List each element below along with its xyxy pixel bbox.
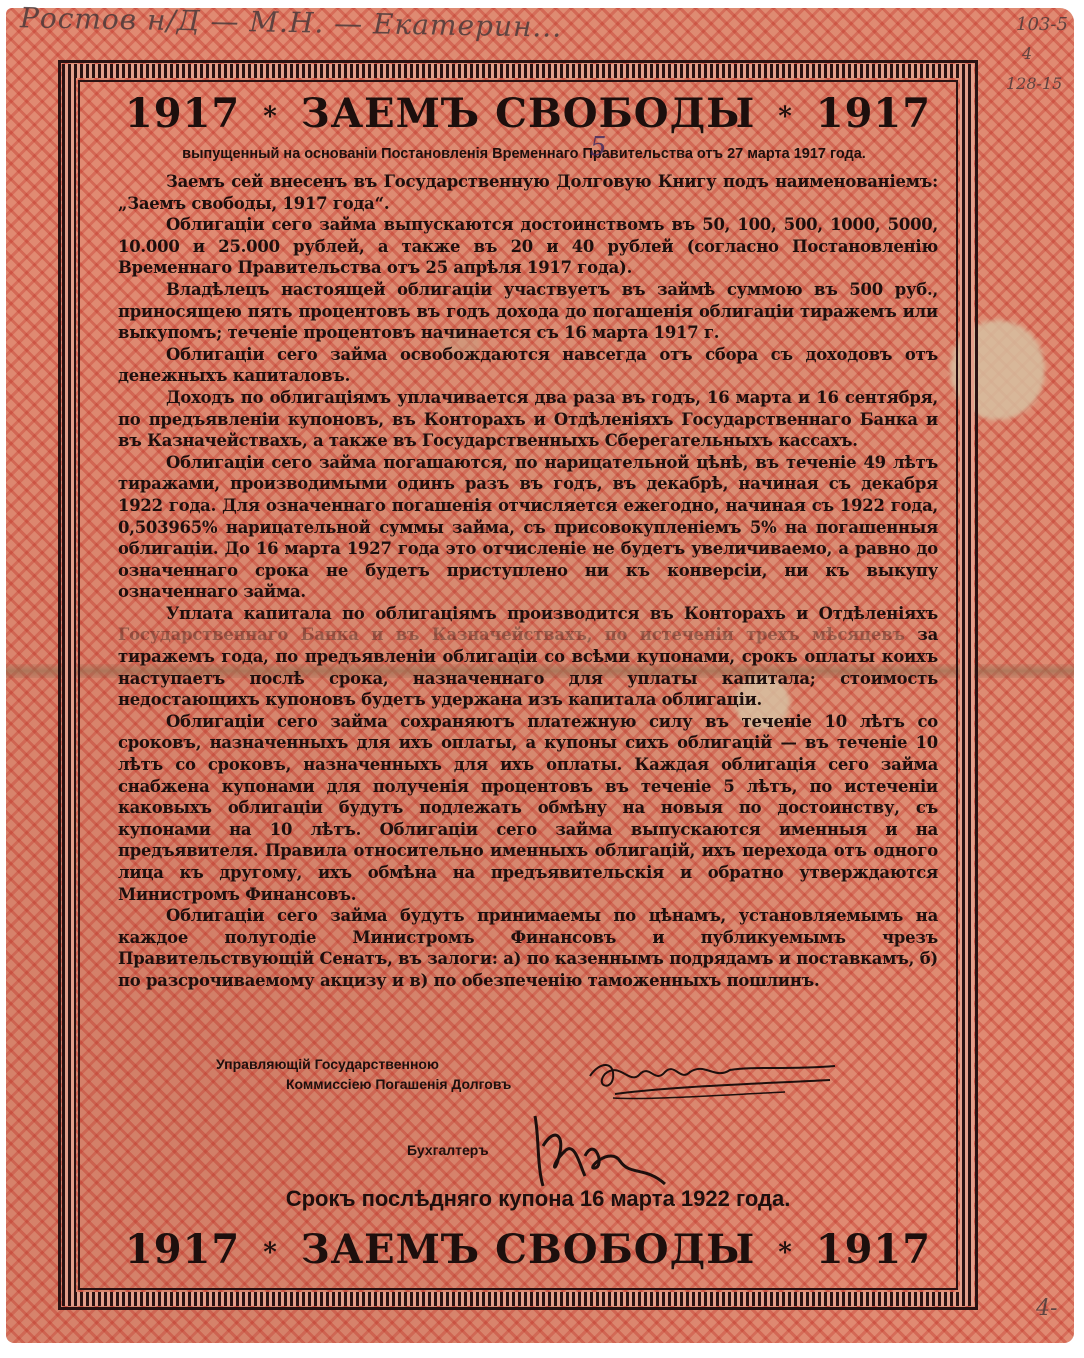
paragraph: Заемъ сей внесенъ въ Государственную Дол…	[118, 171, 938, 214]
year-right: 1917	[816, 90, 931, 137]
bond-content: 1917 * ЗАЕМЪ СВОБОДЫ * 1917 выпущенный н…	[118, 88, 938, 992]
bond-footer-title: 1917 * ЗАЕМЪ СВОБОДЫ * 1917	[118, 1224, 938, 1279]
serial-mark: 5	[590, 132, 607, 162]
star-icon: *	[263, 102, 278, 132]
paragraph-payout: Уплата капитала по облигаціямъ производи…	[118, 603, 938, 711]
title-text: ЗАЕМЪ СВОБОДЫ	[301, 1226, 756, 1273]
star-icon: *	[263, 1238, 278, 1268]
paragraph: Облигаціи сего займа будутъ принимаемы п…	[118, 905, 938, 991]
manager-title: Управляющій Государственною	[216, 1056, 439, 1072]
handwritten-number: 4-	[1036, 1296, 1057, 1321]
last-coupon-date: Срокъ послѣдняго купона 16 марта 1922 го…	[118, 1186, 958, 1212]
payout-line-faded: Государственнаго Банка и въ Казначейства…	[118, 625, 905, 644]
handwritten-number: 128-15	[1006, 74, 1062, 93]
star-icon: *	[778, 102, 793, 132]
paragraph: Облигаціи сего займа освобождаются навсе…	[118, 344, 938, 387]
bond-subtitle: выпущенный на основаніи Постановленія Вр…	[110, 143, 938, 165]
title-text: ЗАЕМЪ СВОБОДЫ	[301, 90, 756, 137]
paragraph: Облигаціи сего займа выпускаются достоин…	[118, 214, 938, 279]
year-left: 1917	[125, 1226, 240, 1273]
paragraph: Облигаціи сего займа сохраняютъ платежну…	[118, 711, 938, 905]
paragraph: Облигаціи сего займа погашаются, по нари…	[118, 452, 938, 603]
year-left: 1917	[125, 90, 240, 137]
star-icon: *	[778, 1238, 793, 1268]
paragraph: Владѣлецъ настоящей облигаціи участвуетъ…	[118, 279, 938, 344]
signature-block: Управляющій Государственною Коммиссіею П…	[210, 1056, 910, 1176]
manager-signature-icon	[585, 1056, 845, 1104]
manager-title: Коммиссіею Погашенія Долговъ	[286, 1076, 511, 1092]
bond-terms: Заемъ сей внесенъ въ Государственную Дол…	[118, 171, 938, 992]
accountant-title: Бухгалтеръ	[407, 1142, 489, 1158]
year-right: 1917	[816, 1226, 931, 1273]
payout-line: Уплата капитала по облигаціямъ производи…	[166, 604, 938, 623]
bond-title: 1917 * ЗАЕМЪ СВОБОДЫ * 1917	[118, 88, 938, 143]
handwritten-number: 103-5	[1016, 14, 1068, 35]
paragraph: Доходъ по облигаціямъ уплачивается два р…	[118, 387, 938, 452]
handwritten-number: 4	[1022, 44, 1032, 63]
